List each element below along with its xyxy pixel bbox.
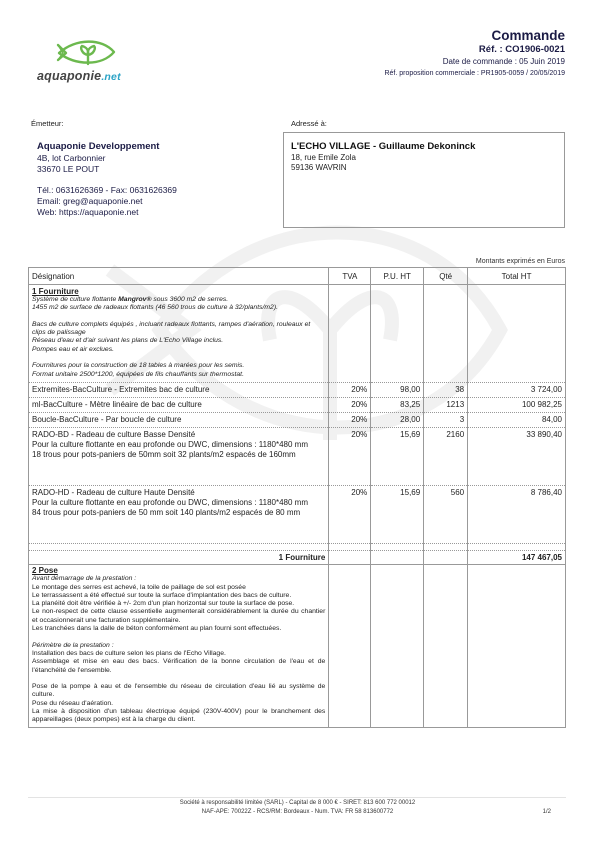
section-2-scope-title: Périmètre de la prestation : (32, 642, 325, 650)
row-total: 100 982,25 (468, 397, 566, 412)
row-designation: Extremites-BacCulture - Extremites bac d… (29, 382, 329, 397)
section-2-scope-line: Installation des bacs de culture selon l… (32, 650, 325, 658)
footer-legal-1: Société à responsabilité limitée (SARL) … (0, 800, 595, 806)
section-1-line: Fournitures pour la construction de 18 t… (32, 362, 325, 370)
section-2-before-line: Le montage des serres est achevé, la toi… (32, 584, 325, 592)
order-date: Date de commande : 05 Juin 2019 (443, 57, 565, 66)
recipient-label: Adressé à: (291, 119, 327, 128)
row-tva: 20% (329, 382, 371, 397)
section-1-line: 1455 m2 de surface de radeaux flottants … (32, 304, 325, 312)
recipient-address-2: 59136 WAVRIN (291, 163, 557, 173)
section-1-description: 1 Fourniture Système de culture flottant… (29, 285, 329, 383)
table-row: Extremites-BacCulture - Extremites bac d… (29, 382, 566, 397)
section-2-before-line: Le terrassassent a été effectué sur tout… (32, 592, 325, 600)
recipient-address-1: 18, rue Emile Zola (291, 153, 557, 163)
row-designation: Boucle-BacCulture - Par boucle de cultur… (29, 412, 329, 427)
table-row: Boucle-BacCulture - Par boucle de cultur… (29, 412, 566, 427)
order-reference: Réf. : CO1906-0021 (479, 44, 565, 55)
section-2-row: 2 PoseAvant démarrage de la prestation :… (29, 564, 566, 727)
col-quantity: Qté (424, 268, 468, 285)
page-number: 1/2 (543, 809, 551, 815)
section-1-line (32, 354, 325, 362)
issuer-web: Web: https://aquaponie.net (37, 207, 177, 218)
section-2-scope-line: Assemblage et mise en eau des bacs. Véri… (32, 658, 325, 675)
section-1-line: Réseau d'eau et d'air suivant les plans … (32, 337, 325, 345)
row-quantity: 2160 (424, 427, 468, 485)
row-tva: 20% (329, 397, 371, 412)
section-1-intro: Système de culture flottante Mangrov® so… (32, 296, 325, 304)
col-total: Total HT (468, 268, 566, 285)
col-tva: TVA (329, 268, 371, 285)
section-2-scope-line: Pose de la pompe à eau et de l'ensemble … (32, 683, 325, 700)
section-1-line: Format unitaire 2500*1200, équipées de f… (32, 371, 325, 379)
document-title: Commande (491, 28, 565, 43)
row-tva: 20% (329, 427, 371, 485)
issuer-label: Émetteur: (31, 119, 64, 128)
table-row: RADO-HD - Radeau de culture Haute Densit… (29, 485, 566, 543)
section-2-before-title: Avant démarrage de la prestation : (32, 575, 325, 583)
issuer-phone: Tél.: 0631626369 - Fax: 0631626369 (37, 185, 177, 196)
subtotal-value: 147 467,05 (468, 550, 566, 564)
section-2-scope-line: La mise à disposition d'un tableau élect… (32, 708, 325, 725)
subtotal-row: 1 Fourniture147 467,05 (29, 550, 566, 564)
logo-wordmark: aquaponie.net (37, 69, 121, 83)
row-unit-price: 15,69 (371, 485, 424, 543)
row-total: 84,00 (468, 412, 566, 427)
proposal-reference: Réf. proposition commerciale : PR1905-00… (384, 70, 565, 77)
section-1-row: 1 Fourniture Système de culture flottant… (29, 285, 566, 383)
row-total: 33 890,40 (468, 427, 566, 485)
col-designation: Désignation (29, 268, 329, 285)
currency-note: Montants exprimés en Euros (476, 258, 565, 265)
row-unit-price: 83,25 (371, 397, 424, 412)
row-designation: RADO-BD - Radeau de culture Basse Densit… (29, 427, 329, 485)
section-2-title: 2 Pose (32, 567, 325, 575)
recipient-name: L'ECHO VILLAGE - Guillaume Dekoninck (291, 141, 557, 153)
footer-legal-2: NAF-APE: 70022Z - RCS/RM: Bordeaux - Num… (0, 809, 595, 815)
col-unit-price: P.U. HT (371, 268, 424, 285)
row-unit-price: 15,69 (371, 427, 424, 485)
row-unit-price: 98,00 (371, 382, 424, 397)
table-header-row: Désignation TVA P.U. HT Qté Total HT (29, 268, 566, 285)
row-tva: 20% (329, 485, 371, 543)
row-quantity: 560 (424, 485, 468, 543)
recipient-box: L'ECHO VILLAGE - Guillaume Dekoninck 18,… (283, 132, 565, 228)
section-1-title: 1 Fourniture (32, 287, 325, 296)
row-designation: ml-BacCulture - Mètre linéaire de bac de… (29, 397, 329, 412)
issuer-email: Email: greg@aquaponie.net (37, 196, 177, 207)
section-1-line: Pompes eau et air exclues. (32, 346, 325, 354)
issuer-address-2: 33670 LE POUT (37, 164, 177, 175)
section-2-before-line: Les tranchées dans la dalle de béton con… (32, 625, 325, 633)
footer-divider (28, 797, 566, 798)
row-designation: RADO-HD - Radeau de culture Haute Densit… (29, 485, 329, 543)
section-2-scope-line: Pose du réseau d'aération. (32, 700, 325, 708)
issuer-address-1: 4B, lot Carbonnier (37, 153, 177, 164)
section-2-before-line: La planéité doit être vérifiée à +/- 2cm… (32, 600, 325, 608)
row-unit-price: 28,00 (371, 412, 424, 427)
section-1-line: Bacs de culture complets équipés , inclu… (32, 321, 325, 338)
subtotal-label: 1 Fourniture (29, 550, 329, 564)
row-total: 3 724,00 (468, 382, 566, 397)
issuer-name: Aquaponie Developpement (37, 141, 177, 153)
table-row: RADO-BD - Radeau de culture Basse Densit… (29, 427, 566, 485)
section-2-description: 2 PoseAvant démarrage de la prestation :… (29, 564, 329, 727)
row-quantity: 3 (424, 412, 468, 427)
table-row: ml-BacCulture - Mètre linéaire de bac de… (29, 397, 566, 412)
row-tva: 20% (329, 412, 371, 427)
section-1-line (32, 313, 325, 321)
order-lines-table: Désignation TVA P.U. HT Qté Total HT 1 F… (28, 267, 566, 728)
section-2-before-line: Le non-respect de cette clause essentiel… (32, 608, 325, 625)
row-quantity: 38 (424, 382, 468, 397)
issuer-block: Aquaponie Developpement 4B, lot Carbonni… (37, 141, 177, 218)
row-total: 8 786,40 (468, 485, 566, 543)
row-quantity: 1213 (424, 397, 468, 412)
